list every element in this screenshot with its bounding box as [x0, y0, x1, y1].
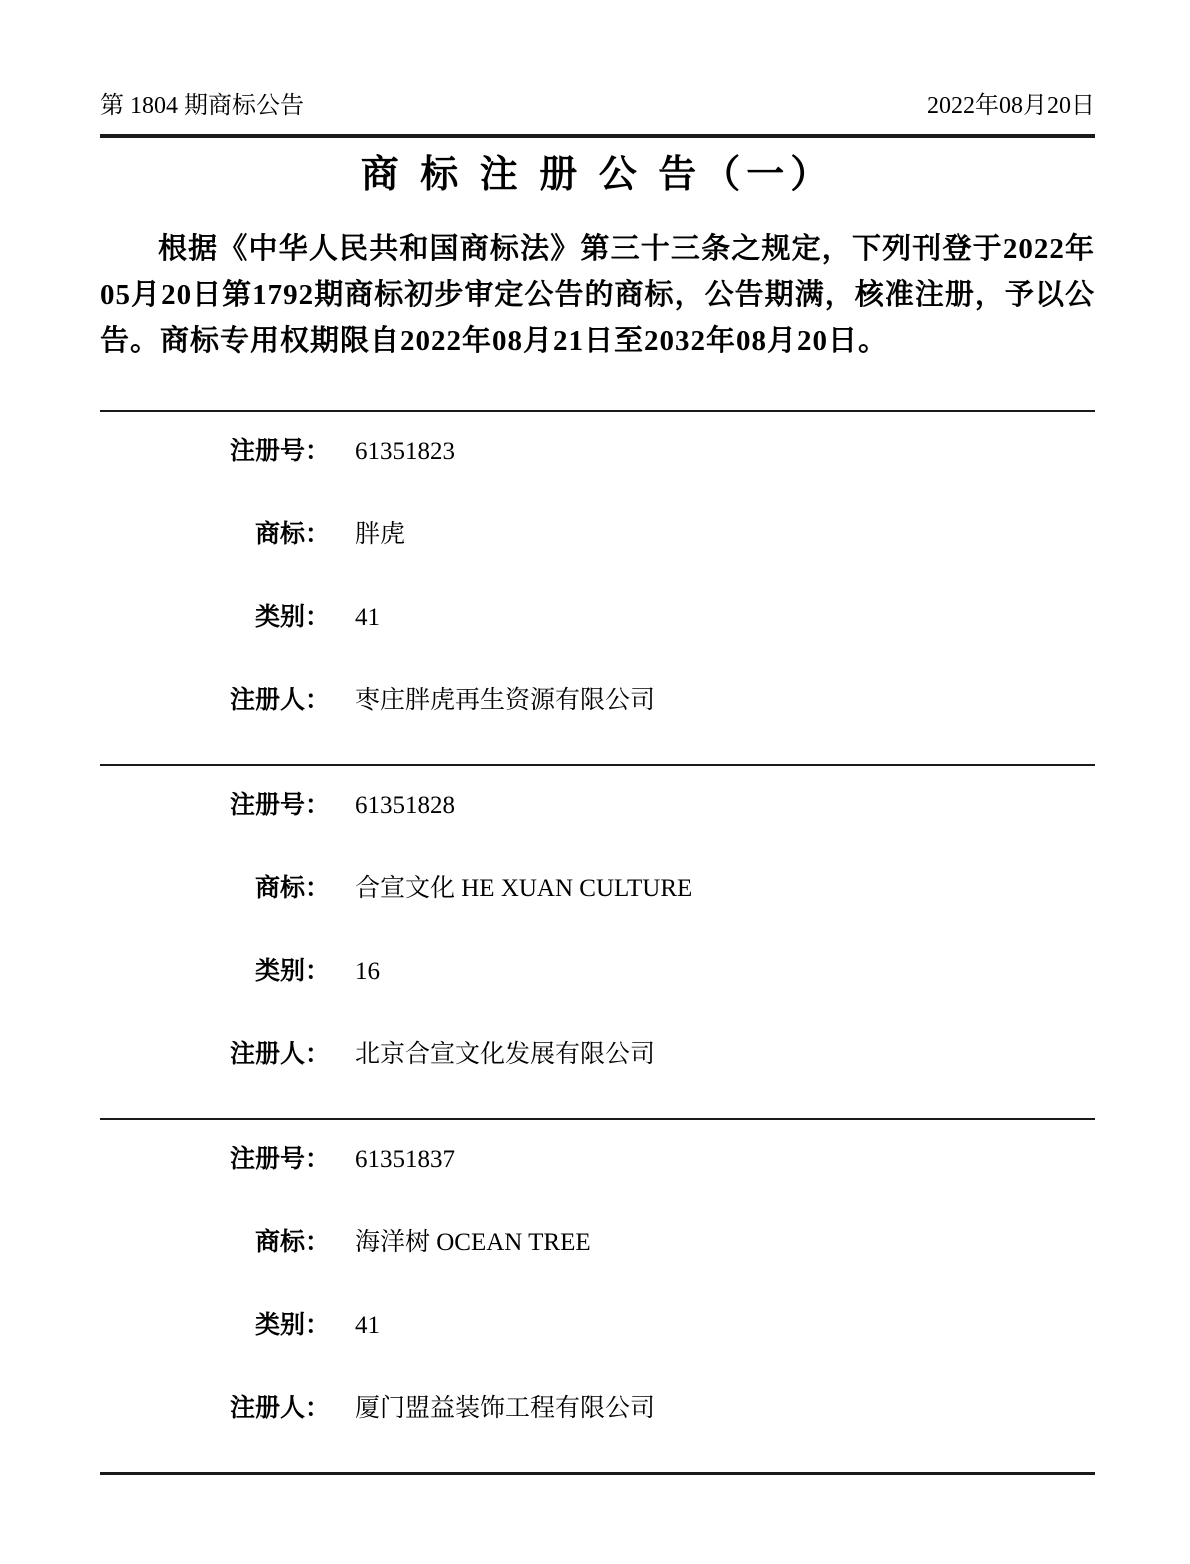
header-rule [100, 134, 1095, 138]
record-row-category: 类别： 41 [100, 603, 1095, 633]
registrant-value: 枣庄胖虎再生资源有限公司 [355, 686, 655, 716]
record-row-trademark: 商标： 海洋树 OCEAN TREE [100, 1228, 1095, 1258]
reg-no-value: 61351828 [355, 791, 455, 821]
trademark-value: 合宣文化 HE XUAN CULTURE [355, 874, 692, 904]
reg-no-label: 注册号： [100, 791, 330, 821]
category-value: 41 [355, 1311, 380, 1341]
registrant-label: 注册人： [100, 1394, 330, 1424]
trademark-record: 注册号： 61351828 商标： 合宣文化 HE XUAN CULTURE 类… [100, 764, 1095, 1118]
trademark-record: 注册号： 61351837 商标： 海洋树 OCEAN TREE 类别： 41 … [100, 1118, 1095, 1472]
reg-no-value: 61351837 [355, 1145, 455, 1175]
trademark-label: 商标： [100, 874, 330, 904]
record-row-reg-no: 注册号： 61351837 [100, 1145, 1095, 1175]
trademark-label: 商标： [100, 1228, 330, 1258]
record-row-category: 类别： 41 [100, 1311, 1095, 1341]
trademark-label: 商标： [100, 520, 330, 550]
registrant-label: 注册人： [100, 686, 330, 716]
category-label: 类别： [100, 957, 330, 987]
category-label: 类别： [100, 1311, 330, 1341]
gazette-page: 第 1804 期商标公告 2022年08月20日 商 标 注 册 公 告（一） … [0, 0, 1190, 1564]
record-row-category: 类别： 16 [100, 957, 1095, 987]
record-row-registrant: 注册人： 厦门盟益装饰工程有限公司 [100, 1394, 1095, 1424]
category-value: 41 [355, 603, 380, 633]
record-row-registrant: 注册人： 枣庄胖虎再生资源有限公司 [100, 686, 1095, 716]
gazette-date: 2022年08月20日 [927, 92, 1095, 120]
trademark-value: 胖虎 [355, 520, 405, 550]
page-header: 第 1804 期商标公告 2022年08月20日 [100, 92, 1095, 120]
category-label: 类别： [100, 603, 330, 633]
intro-paragraph: 根据《中华人民共和国商标法》第三十三条之规定，下列刊登于2022年05月20日第… [100, 226, 1095, 364]
registrant-value: 厦门盟益装饰工程有限公司 [355, 1394, 655, 1424]
gazette-issue-label: 第 1804 期商标公告 [100, 92, 304, 120]
category-value: 16 [355, 957, 380, 987]
trademark-value: 海洋树 OCEAN TREE [355, 1228, 591, 1258]
reg-no-label: 注册号： [100, 1145, 330, 1175]
trademark-record: 注册号： 61351823 商标： 胖虎 类别： 41 注册人： 枣庄胖虎再生资… [100, 410, 1095, 764]
record-row-registrant: 注册人： 北京合宣文化发展有限公司 [100, 1040, 1095, 1070]
reg-no-value: 61351823 [355, 437, 455, 467]
registrant-label: 注册人： [100, 1040, 330, 1070]
reg-no-label: 注册号： [100, 437, 330, 467]
registrant-value: 北京合宣文化发展有限公司 [355, 1040, 655, 1070]
page-title: 商 标 注 册 公 告（一） [100, 150, 1095, 200]
record-row-trademark: 商标： 胖虎 [100, 520, 1095, 550]
record-row-reg-no: 注册号： 61351828 [100, 791, 1095, 821]
record-list: 注册号： 61351823 商标： 胖虎 类别： 41 注册人： 枣庄胖虎再生资… [100, 410, 1095, 1475]
closing-rule [100, 1472, 1095, 1475]
record-row-trademark: 商标： 合宣文化 HE XUAN CULTURE [100, 874, 1095, 904]
record-row-reg-no: 注册号： 61351823 [100, 437, 1095, 467]
